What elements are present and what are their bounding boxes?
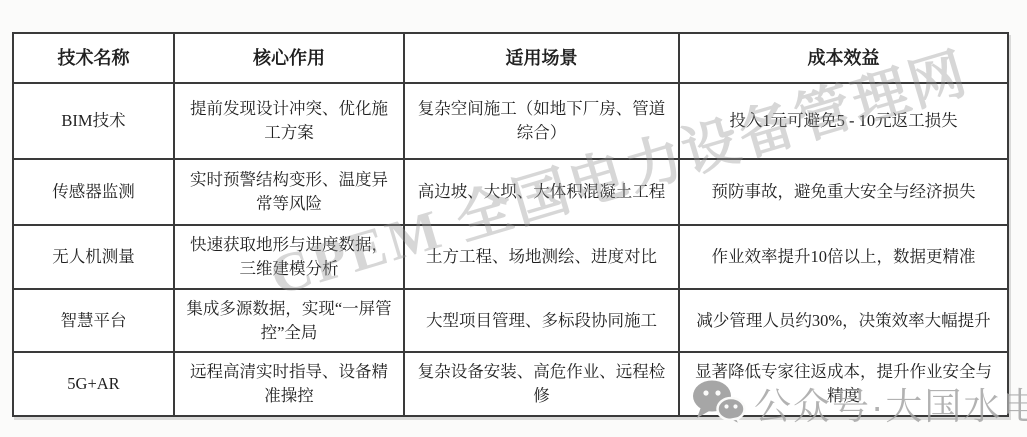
cell-tech-name: 5G+AR bbox=[13, 352, 174, 416]
cell-cost-benefit: 投入1元可避免5 - 10元返工损失 bbox=[679, 83, 1008, 159]
cell-cost-benefit: 预防事故，避免重大安全与经济损失 bbox=[679, 159, 1008, 225]
screenshot-root: 技术名称 核心作用 适用场景 成本效益 BIM技术 提前发现设计冲突、优化施工方… bbox=[0, 0, 1027, 437]
cell-core-function: 远程高清实时指导、设备精准操控 bbox=[174, 352, 404, 416]
cell-cost-benefit: 减少管理人员约30%，决策效率大幅提升 bbox=[679, 289, 1008, 352]
cell-core-function: 集成多源数据，实现“一屏管控”全局 bbox=[174, 289, 404, 352]
column-header-tech-name: 技术名称 bbox=[13, 33, 174, 83]
cell-applicable-scenario: 土方工程、场地测绘、进度对比 bbox=[404, 225, 679, 290]
tech-comparison-table: 技术名称 核心作用 适用场景 成本效益 BIM技术 提前发现设计冲突、优化施工方… bbox=[12, 32, 1009, 417]
table-row: 智慧平台 集成多源数据，实现“一屏管控”全局 大型项目管理、多标段协同施工 减少… bbox=[13, 289, 1008, 352]
table-row: 无人机测量 快速获取地形与进度数据，三维建模分析 土方工程、场地测绘、进度对比 … bbox=[13, 225, 1008, 290]
cell-applicable-scenario: 高边坡、大坝、大体积混凝土工程 bbox=[404, 159, 679, 225]
column-header-cost-benefit: 成本效益 bbox=[679, 33, 1008, 83]
table-row: 传感器监测 实时预警结构变形、温度异常等风险 高边坡、大坝、大体积混凝土工程 预… bbox=[13, 159, 1008, 225]
header-row: 技术名称 核心作用 适用场景 成本效益 bbox=[13, 33, 1008, 83]
cell-tech-name: BIM技术 bbox=[13, 83, 174, 159]
table-row: BIM技术 提前发现设计冲突、优化施工方案 复杂空间施工（如地下厂房、管道综合）… bbox=[13, 83, 1008, 159]
cell-tech-name: 传感器监测 bbox=[13, 159, 174, 225]
cell-applicable-scenario: 复杂设备安装、高危作业、远程检修 bbox=[404, 352, 679, 416]
cell-tech-name: 无人机测量 bbox=[13, 225, 174, 290]
cell-applicable-scenario: 复杂空间施工（如地下厂房、管道综合） bbox=[404, 83, 679, 159]
cell-core-function: 实时预警结构变形、温度异常等风险 bbox=[174, 159, 404, 225]
column-header-applicable-scenario: 适用场景 bbox=[404, 33, 679, 83]
cell-tech-name: 智慧平台 bbox=[13, 289, 174, 352]
cell-cost-benefit: 显著降低专家往返成本，提升作业安全与精度 bbox=[679, 352, 1008, 416]
tech-table-container: 技术名称 核心作用 适用场景 成本效益 BIM技术 提前发现设计冲突、优化施工方… bbox=[12, 32, 1007, 417]
cell-core-function: 提前发现设计冲突、优化施工方案 bbox=[174, 83, 404, 159]
cell-applicable-scenario: 大型项目管理、多标段协同施工 bbox=[404, 289, 679, 352]
cell-core-function: 快速获取地形与进度数据，三维建模分析 bbox=[174, 225, 404, 290]
column-header-core-function: 核心作用 bbox=[174, 33, 404, 83]
cell-cost-benefit: 作业效率提升10倍以上，数据更精准 bbox=[679, 225, 1008, 290]
table-row: 5G+AR 远程高清实时指导、设备精准操控 复杂设备安装、高危作业、远程检修 显… bbox=[13, 352, 1008, 416]
